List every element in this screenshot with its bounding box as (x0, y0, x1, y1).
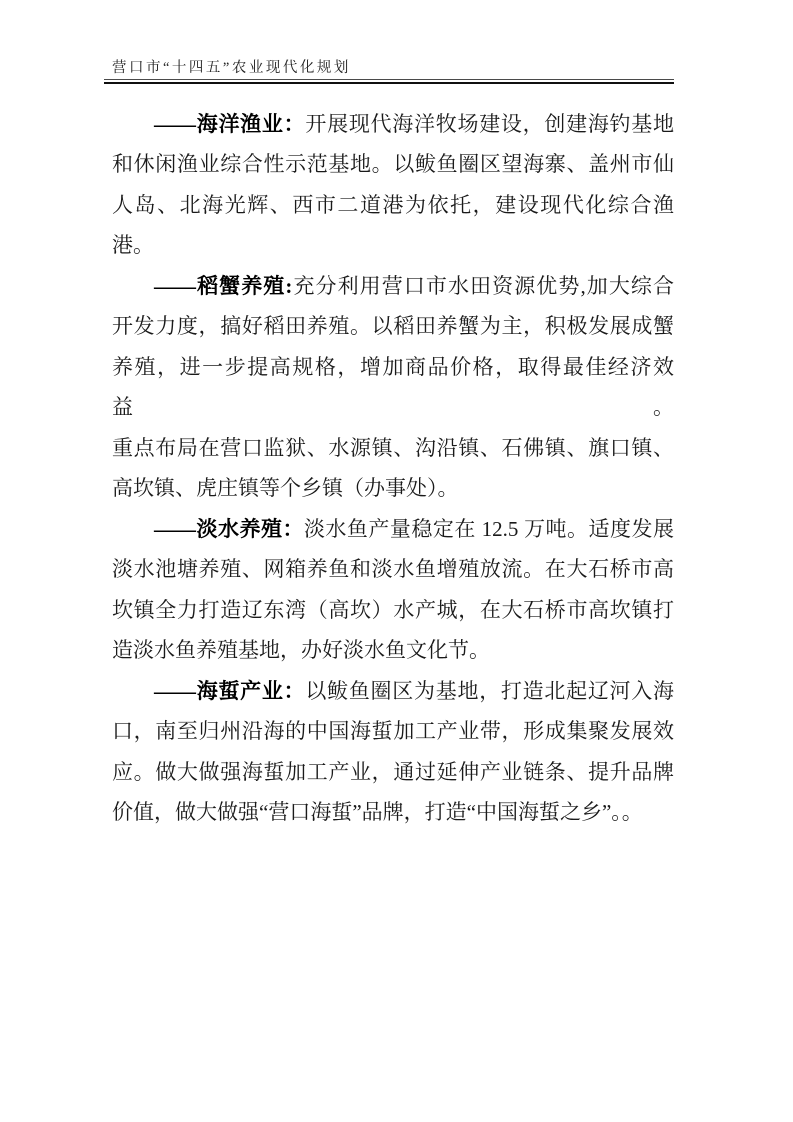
line-text: 高坎镇、虎庄镇等个乡镇（办事处）。 (112, 476, 459, 500)
line-text: 重点布局在营口监狱、水源镇、沟沿镇、石佛镇、旗口镇、 (112, 436, 674, 460)
text-line: 养殖，进一步提高规格，增加商品价格，取得最佳经济效益。 (112, 347, 674, 428)
line-text: 淡水鱼产量稳定在 12.5 万吨。适度发展 (304, 517, 674, 541)
text-line: 坎镇全力打造辽东湾（高坎）水产城，在大石桥市高坎镇打 (112, 590, 674, 631)
line-text: 造淡水鱼养殖基地，办好淡水鱼文化节。 (112, 638, 490, 662)
text-line: 价值，做大做强“营口海蜇”品牌，打造“中国海蜇之乡”。。 (112, 792, 674, 833)
paragraph-lead: ——淡水养殖： (154, 517, 304, 541)
line-text: 淡水池塘养殖、网箱养鱼和淡水鱼增殖放流。在大石桥市高 (112, 557, 674, 581)
paragraph-lead: ——海蜇产业： (154, 679, 305, 703)
line-text: 开发力度，搞好稻田养殖。以稻田养蟹为主，积极发展成蟹 (112, 314, 674, 338)
text-line: 人岛、北海光辉、西市二道港为依托，建设现代化综合渔港。 (112, 185, 674, 266)
text-line: ——稻蟹养殖:充分利用营口市水田资源优势,加大综合 (112, 266, 674, 307)
text-line: 开发力度，搞好稻田养殖。以稻田养蟹为主，积极发展成蟹 (112, 306, 674, 347)
line-text: 开展现代海洋牧场建设，创建海钓基地 (305, 112, 674, 136)
document-body: ——海洋渔业：开展现代海洋牧场建设，创建海钓基地和休闲渔业综合性示范基地。以鲅鱼… (104, 104, 674, 833)
line-text: 和休闲渔业综合性示范基地。以鲅鱼圈区望海寨、盖州市仙 (112, 152, 674, 176)
line-text: 养殖，进一步提高规格，增加商品价格，取得最佳经济效益。 (112, 355, 674, 420)
paragraph-lead: ——稻蟹养殖: (154, 274, 292, 298)
line-text: 坎镇全力打造辽东湾（高坎）水产城，在大石桥市高坎镇打 (112, 598, 674, 622)
paragraph: ——海蜇产业：以鲅鱼圈区为基地，打造北起辽河入海口，南至归州沿海的中国海蜇加工产… (112, 671, 674, 833)
line-text: 价值，做大做强“营口海蜇”品牌，打造“中国海蜇之乡”。。 (112, 800, 643, 824)
line-text: 充分利用营口市水田资源优势,加大综合 (292, 274, 674, 298)
text-line: 造淡水鱼养殖基地，办好淡水鱼文化节。 (112, 630, 674, 671)
line-text: 口，南至归州沿海的中国海蜇加工产业带，形成集聚发展效 (112, 719, 674, 743)
text-line: ——海洋渔业：开展现代海洋牧场建设，创建海钓基地 (112, 104, 674, 145)
paragraph: ——淡水养殖：淡水鱼产量稳定在 12.5 万吨。适度发展淡水池塘养殖、网箱养鱼和… (112, 509, 674, 671)
line-text: 应。做大做强海蜇加工产业，通过延伸产业链条、提升品牌 (112, 760, 674, 784)
page-header: 营口市“十四五”农业现代化规划 (104, 60, 674, 84)
text-line: ——海蜇产业：以鲅鱼圈区为基地，打造北起辽河入海 (112, 671, 674, 712)
paragraph: ——海洋渔业：开展现代海洋牧场建设，创建海钓基地和休闲渔业综合性示范基地。以鲅鱼… (112, 104, 674, 266)
document-page: { "header": { "title": "营口市“十四五”农业现代化规划"… (0, 0, 793, 1122)
paragraph-lead: ——海洋渔业： (154, 112, 305, 136)
text-line: 高坎镇、虎庄镇等个乡镇（办事处）。 (112, 468, 674, 509)
text-line: 应。做大做强海蜇加工产业，通过延伸产业链条、提升品牌 (112, 752, 674, 793)
text-line: ——淡水养殖：淡水鱼产量稳定在 12.5 万吨。适度发展 (112, 509, 674, 550)
header-rule-thick (104, 82, 674, 85)
line-text: 以鲅鱼圈区为基地，打造北起辽河入海 (305, 679, 674, 703)
paragraph: ——稻蟹养殖:充分利用营口市水田资源优势,加大综合开发力度，搞好稻田养殖。以稻田… (112, 266, 674, 509)
text-line: 口，南至归州沿海的中国海蜇加工产业带，形成集聚发展效 (112, 711, 674, 752)
header-rule-thin (104, 79, 674, 80)
text-line: 和休闲渔业综合性示范基地。以鲅鱼圈区望海寨、盖州市仙 (112, 144, 674, 185)
text-line: 重点布局在营口监狱、水源镇、沟沿镇、石佛镇、旗口镇、 (112, 428, 674, 469)
text-line: 淡水池塘养殖、网箱养鱼和淡水鱼增殖放流。在大石桥市高 (112, 549, 674, 590)
header-title: 营口市“十四五”农业现代化规划 (104, 60, 674, 77)
line-text: 人岛、北海光辉、西市二道港为依托，建设现代化综合渔港。 (112, 193, 674, 258)
page-content: 营口市“十四五”农业现代化规划 ——海洋渔业：开展现代海洋牧场建设，创建海钓基地… (104, 60, 674, 833)
